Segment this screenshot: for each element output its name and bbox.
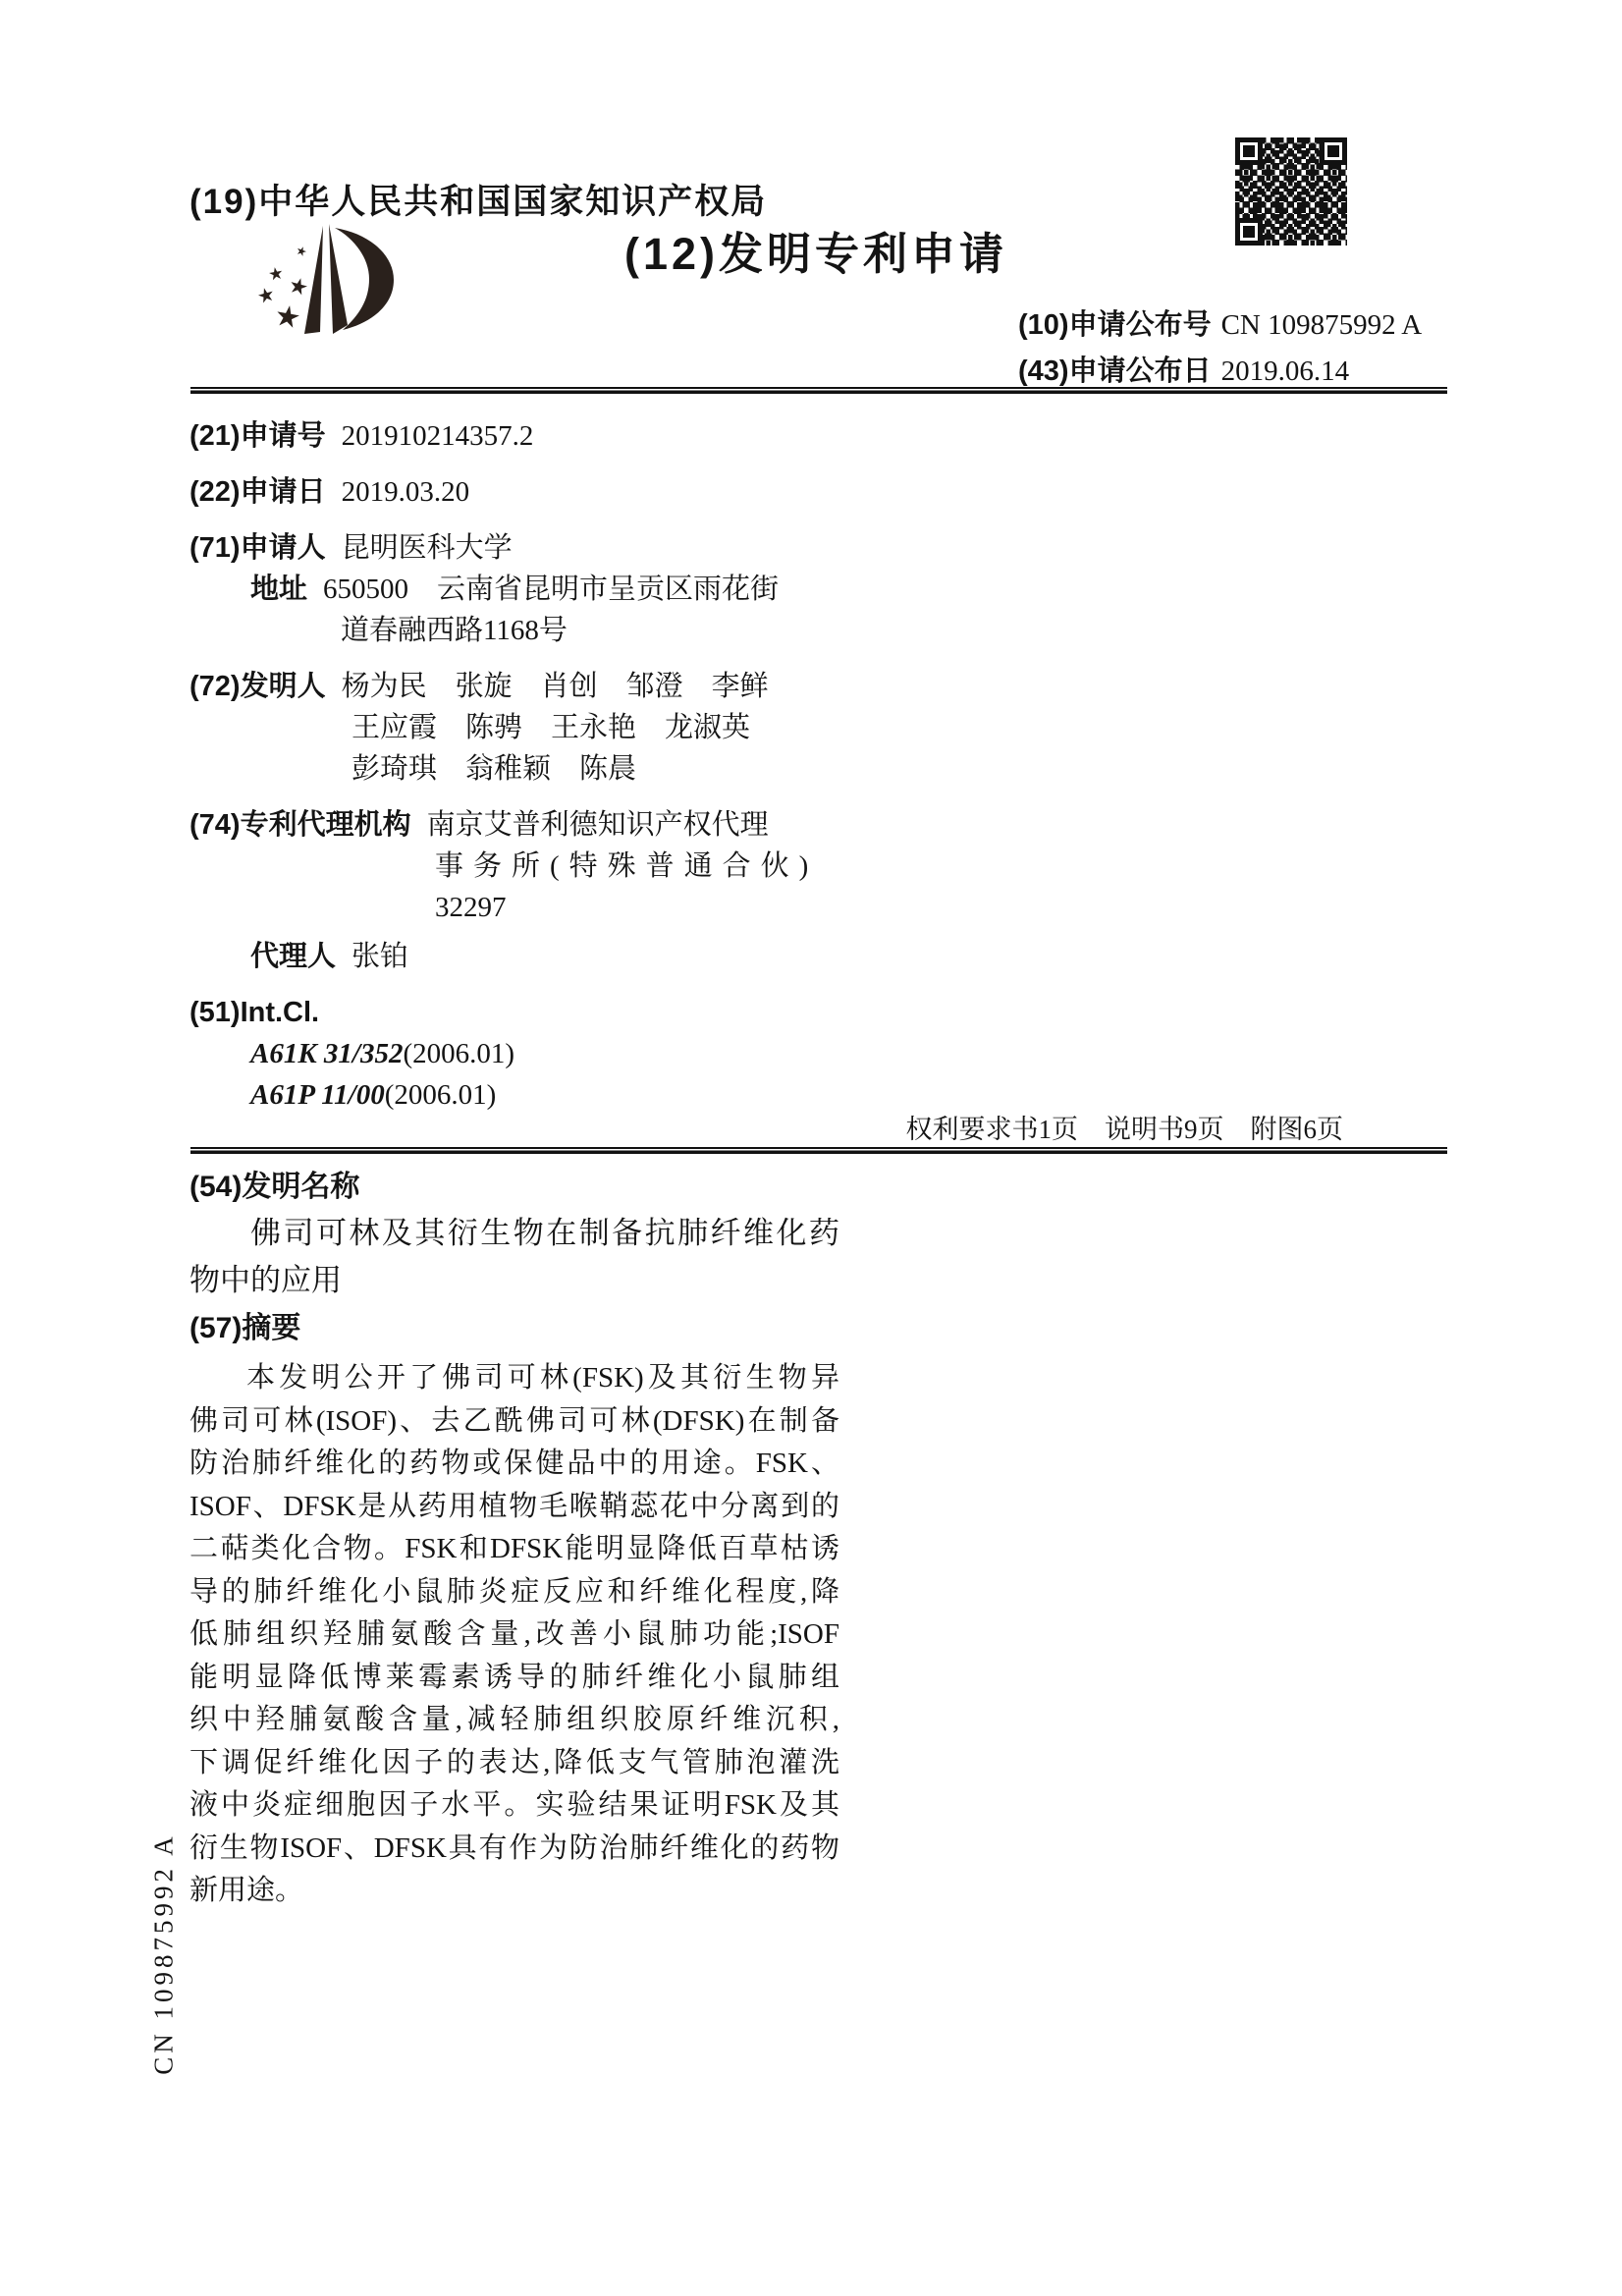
address-row-continued: 道春融西路1168号 — [341, 610, 877, 651]
publication-number-label: (10)申请公布号 — [1018, 309, 1212, 341]
filing-date-label: (22)申请日 — [189, 476, 326, 508]
publication-date-value: 2019.06.14 — [1221, 355, 1350, 387]
horizontal-rule-top — [190, 387, 1447, 394]
applicant-value: 昆明医科大学 — [342, 532, 513, 564]
agency-label: (74)专利代理机构 — [189, 809, 411, 841]
abstract-body: 本发明公开了佛司可林(FSK)及其衍生物异 佛司可林(ISOF)、去乙酰佛司可林… — [189, 1357, 839, 1913]
abstract-line: 能明显降低博莱霉素诱导的肺纤维化小鼠肺组 — [189, 1657, 839, 1700]
application-number-value: 201910214357.2 — [342, 420, 534, 452]
agency-name-line-1: 南京艾普利德知识产权代理 — [427, 809, 769, 841]
title-abstract-section: (54)发明名称 佛司可林及其衍生物在制备抗肺纤维化药 物中的应用 (57)摘要… — [189, 1165, 839, 1913]
applicant-row: (71)申请人昆明医科大学 — [189, 527, 877, 569]
abstract-line: 二萜类化合物。FSK和DFSK能明显降低百草枯诱 — [189, 1528, 839, 1571]
abstract-line: 防治肺纤维化的药物或保健品中的用途。FSK、 — [189, 1443, 839, 1486]
invention-title-line-1: 佛司可林及其衍生物在制备抗肺纤维化药 — [189, 1210, 839, 1257]
address-line-2: 道春融西路1168号 — [341, 615, 568, 646]
issuing-office: (19)中华人民共和国国家知识产权局 — [189, 175, 767, 224]
address-label: 地址 — [250, 574, 307, 605]
inventors-line-3: 彭琦琪 翁稚颖 陈晨 — [351, 753, 636, 785]
ipc-label: (51)Int.Cl. — [189, 997, 319, 1028]
address-row: 地址650500 云南省昆明市呈贡区雨花街 — [250, 569, 877, 610]
agency-row-continued: 事务所(特殊普通合伙) — [435, 846, 877, 887]
abstract-line: 新用途。 — [189, 1870, 839, 1913]
agent-value: 张铂 — [351, 941, 408, 972]
inventors-line-2: 王应霞 陈骋 王永艳 龙淑英 — [351, 712, 750, 743]
pages-summary: 权利要求书1页 说明书9页 附图6页 — [190, 1108, 1447, 1146]
abstract-line: 佛司可林(ISOF)、去乙酰佛司可林(DFSK)在制备 — [189, 1400, 839, 1444]
application-number-label: (21)申请号 — [189, 420, 326, 452]
address-line-1: 650500 云南省昆明市呈贡区雨花街 — [323, 574, 779, 605]
abstract-line: 衍生物ISOF、DFSK具有作为防治肺纤维化的药物 — [189, 1828, 839, 1871]
agent-label: 代理人 — [250, 941, 336, 972]
document-type-title: (12)发明专利申请 — [624, 218, 1007, 282]
patent-front-page: (19)中华人民共和国国家知识产权局 (12)发明专利申请 (10)申请公布号C… — [0, 0, 1622, 2296]
invention-title-line-2: 物中的应用 — [189, 1257, 839, 1304]
agency-code-row: 32297 — [435, 887, 877, 928]
abstract-line: 下调促纤维化因子的表达,降低支气管肺泡灌洗 — [189, 1742, 839, 1785]
application-number-row: (21)申请号201910214357.2 — [189, 415, 877, 457]
ipc-version-1: (2006.01) — [404, 1038, 515, 1069]
publication-number-line: (10)申请公布号CN 109875992 A — [1018, 302, 1422, 343]
applicant-label: (71)申请人 — [189, 532, 326, 564]
publication-date-label: (43)申请公布日 — [1018, 355, 1212, 387]
cnipa-logo-icon — [253, 218, 418, 342]
abstract-line: 织中羟脯氨酸含量,减轻肺组织胶原纤维沉积, — [189, 1699, 839, 1742]
qr-finder-top-right — [1320, 137, 1347, 165]
ipc-code-2: A61P 11/00 — [250, 1079, 385, 1111]
inventors-line-1: 杨为民 张旋 肖创 邹澄 李鲜 — [342, 671, 769, 702]
ipc-header-row: (51)Int.Cl. — [189, 992, 877, 1033]
inventors-row-continued: 王应霞 陈骋 王永艳 龙淑英 — [351, 707, 877, 748]
bibliographic-section: (21)申请号201910214357.2 (22)申请日2019.03.20 … — [189, 415, 877, 1116]
invention-title-label: (54)发明名称 — [189, 1165, 839, 1210]
ipc-code-1: A61K 31/352 — [250, 1038, 404, 1069]
horizontal-rule-middle — [190, 1147, 1447, 1154]
abstract-line: 导的肺纤维化小鼠肺炎症反应和纤维化程度,降 — [189, 1571, 839, 1614]
inventors-row-continued: 彭琦琪 翁稚颖 陈晨 — [351, 748, 877, 790]
qr-code-icon — [1235, 137, 1347, 246]
filing-date-row: (22)申请日2019.03.20 — [189, 471, 877, 513]
abstract-line: ISOF、DFSK是从药用植物毛喉鞘蕊花中分离到的 — [189, 1486, 839, 1529]
abstract-line: 液中炎症细胞因子水平。实验结果证明FSK及其 — [189, 1784, 839, 1828]
agent-row: 代理人张铂 — [250, 936, 877, 977]
agency-code: 32297 — [435, 892, 507, 923]
abstract-line: 低肺组织羟脯氨酸含量,改善小鼠肺功能;ISOF — [189, 1613, 839, 1657]
filing-date-value: 2019.03.20 — [342, 476, 470, 508]
side-publication-number: CN 109875992 A — [149, 1802, 180, 2106]
abstract-label: (57)摘要 — [189, 1306, 839, 1351]
abstract-line: 本发明公开了佛司可林(FSK)及其衍生物异 — [189, 1357, 839, 1400]
ipc-code-row: A61K 31/352(2006.01) — [250, 1033, 877, 1074]
qr-finder-bottom-left — [1235, 218, 1263, 246]
publication-number-value: CN 109875992 A — [1221, 309, 1423, 341]
publication-date-line: (43)申请公布日2019.06.14 — [1018, 349, 1349, 389]
inventors-row: (72)发明人杨为民 张旋 肖创 邹澄 李鲜 — [189, 666, 877, 707]
agency-name-line-2: 事务所(特殊普通合伙) — [435, 850, 818, 882]
qr-finder-top-left — [1235, 137, 1263, 165]
inventors-label: (72)发明人 — [189, 671, 326, 702]
agency-row: (74)专利代理机构南京艾普利德知识产权代理 — [189, 804, 877, 846]
ipc-version-2: (2006.01) — [385, 1079, 497, 1111]
